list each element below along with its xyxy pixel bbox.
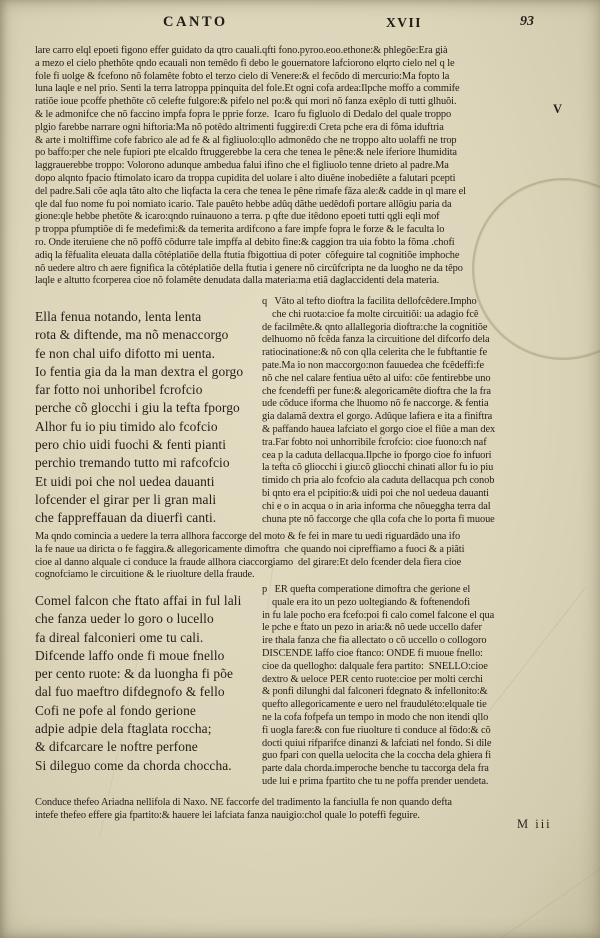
text-line: chi e o in acqua o in aria informa che n…	[262, 501, 574, 514]
text-line: gia dalamã dextra el gorgo. Adûque lafie…	[262, 411, 574, 424]
text-line: guo fpari con quella uelocita che la coc…	[262, 750, 574, 763]
text-line: cioe al danno alquale ci conduce la frau…	[35, 557, 575, 570]
paper-crease	[495, 867, 600, 938]
page-header: CANTO XVII 93	[0, 14, 600, 34]
header-page-number: 93	[520, 14, 534, 30]
text-line: del padre.Sali cõe aqla tãto alto che li…	[35, 186, 575, 199]
text-line: perche cõ glocchi i giu la tefta fporgo	[35, 399, 263, 417]
text-line: pate.Ma io non maccorgo:non fauuedea che…	[262, 360, 574, 373]
header-canto-number: XVII	[386, 15, 422, 31]
text-line: in fu lale pocho era fcefo:poi fi calo c…	[262, 610, 574, 623]
text-line: po baffo:per che nele fupiori pte elcald…	[35, 147, 575, 160]
text-line: adpie adpie dela ftaglata roccha;	[35, 720, 270, 738]
text-line: Ma qndo comincia a uedere la terra allho…	[35, 531, 575, 544]
text-line: fe non chal uifo difotto mi uenta.	[35, 345, 263, 363]
text-line: pero chio uidi fuochi & fenti pianti	[35, 436, 263, 454]
text-line: intefe thefeo effere gia fpartito:& haue…	[35, 810, 575, 823]
commentary-mid-block: Ma qndo comincia a uedere la terra allho…	[35, 531, 575, 582]
text-line: Et uidi poi che nol uedea dauanti	[35, 473, 263, 491]
text-line: perchio tremando tutto mi rafcofcio	[35, 454, 263, 472]
text-line: laggrauerebbe troppo: Volorono adunque a…	[35, 160, 575, 173]
text-line: & arte i moltiffime cofe fabrico ale ad …	[35, 135, 575, 148]
text-line: fa direal falconieri ome tu cali.	[35, 629, 270, 647]
text-line: lare carro elql epoeti figono effer guid…	[35, 45, 575, 58]
text-line: che fcendeffi per fune:& alegoricamête d…	[262, 386, 574, 399]
text-line: ire thala fanza che fia allectato o cõ u…	[262, 635, 574, 648]
book-page: CANTO XVII 93 lare carro elql epoeti fig…	[0, 0, 600, 938]
text-line: docti quiui rifparifce dinanzi & lafciat…	[262, 738, 574, 751]
signature-mark: M iii	[517, 817, 552, 832]
text-line: cea p la caduta dellacqua.Ilpche io fpor…	[262, 450, 574, 463]
commentary-right-2: p ER quefta comperatione dimoftra che ge…	[262, 584, 574, 789]
text-line: a mezo el cielo phethõte qndo ecauali no…	[35, 58, 575, 71]
text-line: DISCENDE laffo cioe ftanco: ONDE fi muou…	[262, 648, 574, 661]
text-line: nõ che nel calare fentiua uêto al uifo: …	[262, 373, 574, 386]
verse-block-2: Comel falcon che ftato affai in ful lali…	[35, 592, 270, 775]
text-line: dopo alqnto fpacio ftimolato icaro da tr…	[35, 173, 575, 186]
text-line: far fotto noi unhoribel fcrofcio	[35, 381, 263, 399]
text-line: rota & diftende, ma nõ menaccorgo	[35, 326, 263, 344]
text-line: timido ch pria alo fcofcio ala caduta de…	[262, 475, 574, 488]
commentary-bottom-block: Conduce thefeo Ariadna nellifola di Naxo…	[35, 797, 575, 823]
text-line: quefto allegoricamente e uero nel fraudu…	[262, 699, 574, 712]
text-line: & ponfi dilunghi dal falconeri fdegnato …	[262, 686, 574, 699]
text-line: p ER quefta comperatione dimoftra che ge…	[262, 584, 574, 597]
header-canto-label: CANTO	[163, 14, 228, 31]
margin-note: V	[553, 102, 562, 117]
text-line: & le admonifce che nõ faccino impfa fopr…	[35, 109, 575, 122]
text-line: ude lui e prima fpartito che tu ne poffa…	[262, 776, 574, 789]
text-line: quale era ito un pezo uoltegiando & foft…	[262, 597, 574, 610]
text-line: Cofi ne pofe al fondo gerione	[35, 702, 270, 720]
text-line: ne la cofa fofpefa un tempo in modo che …	[262, 712, 574, 725]
text-line: fole fi uolge & fcefono nõ folamête fobt…	[35, 71, 575, 84]
text-line: la tefta cõ gliocchi i giu:cõ gliocchi c…	[262, 462, 574, 475]
text-line: le pche e ftato un pezo in aria:& nõ ued…	[262, 622, 574, 635]
text-line: che fanza ueder lo goro o lucello	[35, 610, 270, 628]
text-line: chuna pte nõ faccorge che qlla cofa che …	[262, 514, 574, 527]
text-line: bi qnto era el pcipitio:& uidi poi che n…	[262, 488, 574, 501]
text-line: Conduce thefeo Ariadna nellifola di Naxo…	[35, 797, 575, 810]
text-line: tra.Far fobto noi unhorribile fcrofcio: …	[262, 437, 574, 450]
text-line: lofcender el girar per li gran mali	[35, 491, 263, 509]
text-line: ratiõe ioue pcoffe phethõte cõ celefte f…	[35, 96, 575, 109]
text-line: plgio farebbe narrare ogni hiftoria:Ma n…	[35, 122, 575, 135]
text-line: & paffando hauea lafciato el gorgo cioe …	[262, 424, 574, 437]
text-line: luna laqle e nel prio. Senti la terra la…	[35, 83, 575, 96]
text-line: parte dala chorda.imperoche benche tu ta…	[262, 763, 574, 776]
text-line: fi uogla fare:& con fue riuolture ti con…	[262, 725, 574, 738]
text-line: dal fuo maeftro difdegnofo & fello	[35, 683, 270, 701]
text-line: ude cõduce iforma che lhuomo nõ fe nacco…	[262, 398, 574, 411]
text-line: & difcarcare le noftre perfone	[35, 738, 270, 756]
text-line: Si dileguo come da chorda choccha.	[35, 757, 270, 775]
text-line: che fappreffauan da diuerfi canti.	[35, 509, 263, 527]
text-line: la fe naue ua diricta o fe faggira.& all…	[35, 544, 575, 557]
text-line: per cento ruote: & da luongha fi põe	[35, 665, 270, 683]
verse-block-1: Ella fenua notando, lenta lentarota & di…	[35, 308, 263, 528]
text-line: Comel falcon che ftato affai in ful lali	[35, 592, 270, 610]
text-line: Ella fenua notando, lenta lenta	[35, 308, 263, 326]
text-line: cognofciamo le circuitione & le riuoltur…	[35, 569, 575, 582]
text-line: Alhor fu io piu timido alo fcofcio	[35, 418, 263, 436]
text-line: Io fentia gia da la man dextra el gorgo	[35, 363, 263, 381]
text-line: dextro & ueloce PER cento ruote:cioe per…	[262, 674, 574, 687]
text-line: Difcende laffo onde fi moue fnello	[35, 647, 270, 665]
